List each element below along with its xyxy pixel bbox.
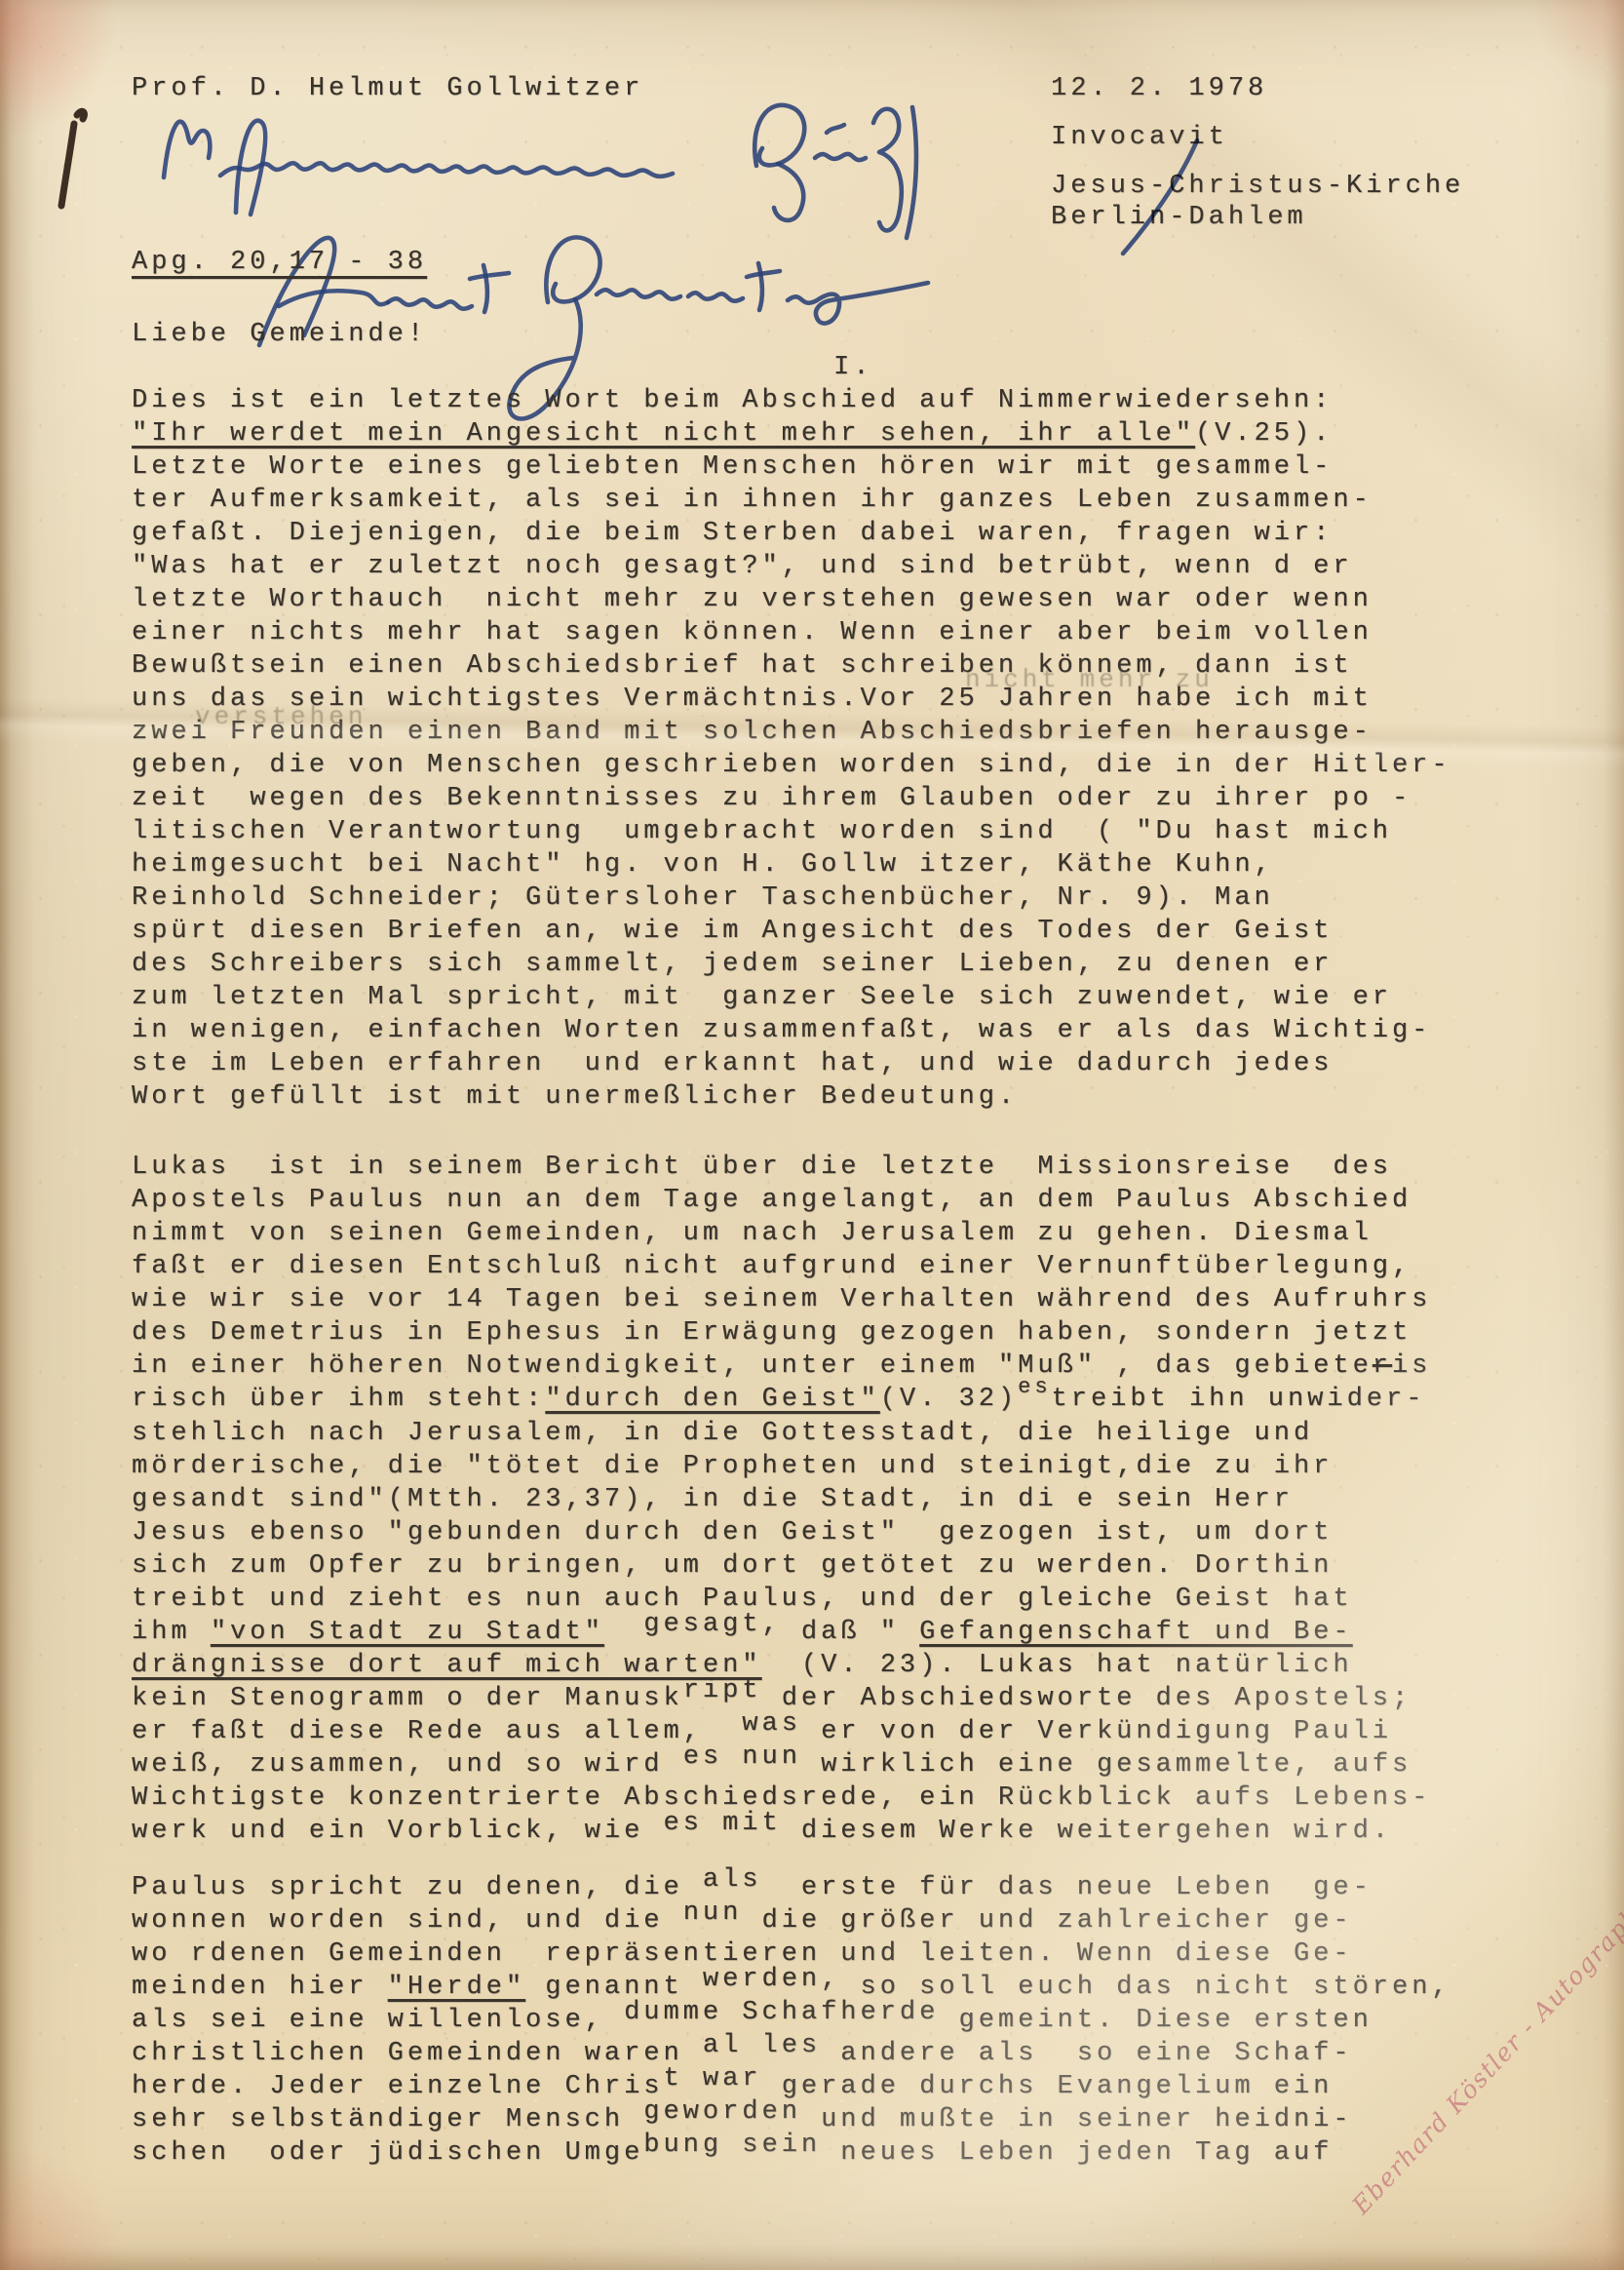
signature-stroke xyxy=(788,283,928,324)
text-line: "Ihr werdet mein Angesicht nicht mehr se… xyxy=(132,417,1451,450)
text-line: nimmt von seinen Gemeinden, um nach Jeru… xyxy=(132,1217,1451,1250)
signature-stroke xyxy=(546,237,599,302)
text-line: faßt er diesen Entschluß nicht aufgrund … xyxy=(132,1250,1451,1283)
signature-stroke xyxy=(774,164,803,220)
signature-stroke xyxy=(827,125,844,133)
text-line: Wichtigste konzentrierte Abschiedsrede, … xyxy=(132,1781,1451,1815)
text-line: ste im Leben erfahren und erkannt hat, u… xyxy=(132,1047,1451,1080)
text-line: in wenigen, einfachen Worten zusammenfaß… xyxy=(132,1014,1451,1047)
text-line: weiß, zusammen, und so wird es nun wirkl… xyxy=(132,1748,1451,1781)
text-line: gefaßt. Diejenigen, die beim Sterben dab… xyxy=(132,517,1451,550)
text-line: "Was hat er zuletzt noch gesagt?", und s… xyxy=(132,550,1451,583)
text-line: wonnen worden sind, und die nun die größ… xyxy=(132,1904,1451,1937)
signature-stroke xyxy=(688,293,743,300)
text-line: Apostels Paulus nun an dem Tage angelang… xyxy=(132,1184,1451,1217)
signature-stroke xyxy=(597,290,680,298)
text-line: treibt und zieht es nun auch Paulus, und… xyxy=(132,1583,1451,1616)
text-line: heimgesucht bei Nacht" hg. von H. Gollw … xyxy=(132,848,1451,881)
scripture-reference: Apg. 20,17 - 38 xyxy=(132,246,427,279)
text-line: schen oder jüdischen Umgebung sein neues… xyxy=(132,2136,1451,2170)
signature-stroke xyxy=(164,122,210,177)
text-line: mörderische, die "tötet die Propheten un… xyxy=(132,1450,1451,1483)
paragraph: Paulus spricht zu denen, die als erste f… xyxy=(132,1871,1451,2170)
text-line: drängnisse dort auf mich warten" (V. 23)… xyxy=(132,1649,1451,1682)
text-line: uns das sein wichtigstes Vermächtnis.Vor… xyxy=(132,683,1451,716)
text-line: sich zum Opfer zu bringen, um dort getöt… xyxy=(132,1549,1451,1583)
signature-stroke xyxy=(907,107,916,238)
text-line: des Demetrius in Ephesus in Erwägung gez… xyxy=(132,1316,1451,1350)
signature-stroke xyxy=(873,109,902,231)
section-numeral: I. xyxy=(833,351,872,384)
text-line: litischen Verantwortung umgebracht worde… xyxy=(132,815,1451,848)
text-line: des Schreibers sich sammelt, jedem seine… xyxy=(132,948,1451,981)
pen-mark-stroke xyxy=(61,111,84,206)
paragraph: Dies ist ein letztes Wort beim Abschied … xyxy=(132,384,1451,1114)
text-line: spürt diesen Briefen an, wie im Angesich… xyxy=(132,915,1451,948)
text-line: gesandt sind"(Mtth. 23,37), in die Stadt… xyxy=(132,1483,1451,1516)
text-line: Jesus ebenso "gebunden durch den Geist" … xyxy=(132,1516,1451,1549)
text-line: Wort gefüllt ist mit unermeßlicher Bedeu… xyxy=(132,1080,1451,1114)
signature-stroke xyxy=(747,271,780,277)
text-line: Letzte Worte eines geliebten Menschen hö… xyxy=(132,450,1451,484)
signature-stroke xyxy=(220,163,673,176)
text-line: einer nichts mehr hat sagen können. Wenn… xyxy=(132,616,1451,649)
signature-stroke xyxy=(279,291,388,306)
text-line: Paulus spricht zu denen, die als erste f… xyxy=(132,1871,1451,1904)
text-line: Bewußtsein einen Abschiedsbrief hat schr… xyxy=(132,649,1451,683)
signature-stroke xyxy=(470,273,509,279)
text-line: ter Aufmerksamkeit, als sei in ihnen ihr… xyxy=(132,484,1451,517)
text-line: letzte Worthauch nicht mehr zu verstehen… xyxy=(132,583,1451,616)
text-line: christlichen Gemeinden waren al les ande… xyxy=(132,2037,1451,2070)
document-body: Dies ist ein letztes Wort beim Abschied … xyxy=(132,384,1451,2170)
paragraph: Lukas ist in seinem Bericht über die let… xyxy=(132,1151,1451,1848)
text-line: geben, die von Menschen geschrieben word… xyxy=(132,749,1451,782)
text-line: Lukas ist in seinem Bericht über die let… xyxy=(132,1151,1451,1184)
text-line: risch über ihm steht:"durch den Geist"(V… xyxy=(132,1383,1451,1417)
text-line: in einer höheren Notwendigkeit, unter ei… xyxy=(132,1350,1451,1383)
text-line: zum letzten Mal spricht, mit ganzer Seel… xyxy=(132,981,1451,1014)
signature-stroke xyxy=(815,154,866,160)
signature-stroke xyxy=(754,105,804,166)
signature-stroke xyxy=(388,298,472,308)
signature-stroke xyxy=(758,263,762,310)
pen-mark xyxy=(0,0,127,254)
text-line: zwei Freunden einen Band mit solchen Abs… xyxy=(132,716,1451,749)
salutation: Liebe Gemeinde! xyxy=(132,318,427,351)
text-line: Dies ist ein letztes Wort beim Abschied … xyxy=(132,384,1451,417)
text-line: wie wir sie vor 14 Tagen bei seinem Verh… xyxy=(132,1283,1451,1316)
text-line: ihm "von Stadt zu Stadt" gesagt, daß " G… xyxy=(132,1616,1451,1649)
document-page: Prof. D. Helmut Gollwitzer 12. 2. 1978 I… xyxy=(0,0,1624,2270)
text-line: stehlich nach Jerusalem, in die Gottesst… xyxy=(132,1417,1451,1450)
signature-stroke xyxy=(1123,140,1197,254)
text-line: werk und ein Vorblick, wie es mit diesem… xyxy=(132,1815,1451,1848)
text-line: Reinhold Schneider; Gütersloher Taschenb… xyxy=(132,881,1451,915)
text-line: zeit wegen des Bekenntnisses zu ihrem Gl… xyxy=(132,782,1451,815)
signature-stroke xyxy=(483,265,487,312)
